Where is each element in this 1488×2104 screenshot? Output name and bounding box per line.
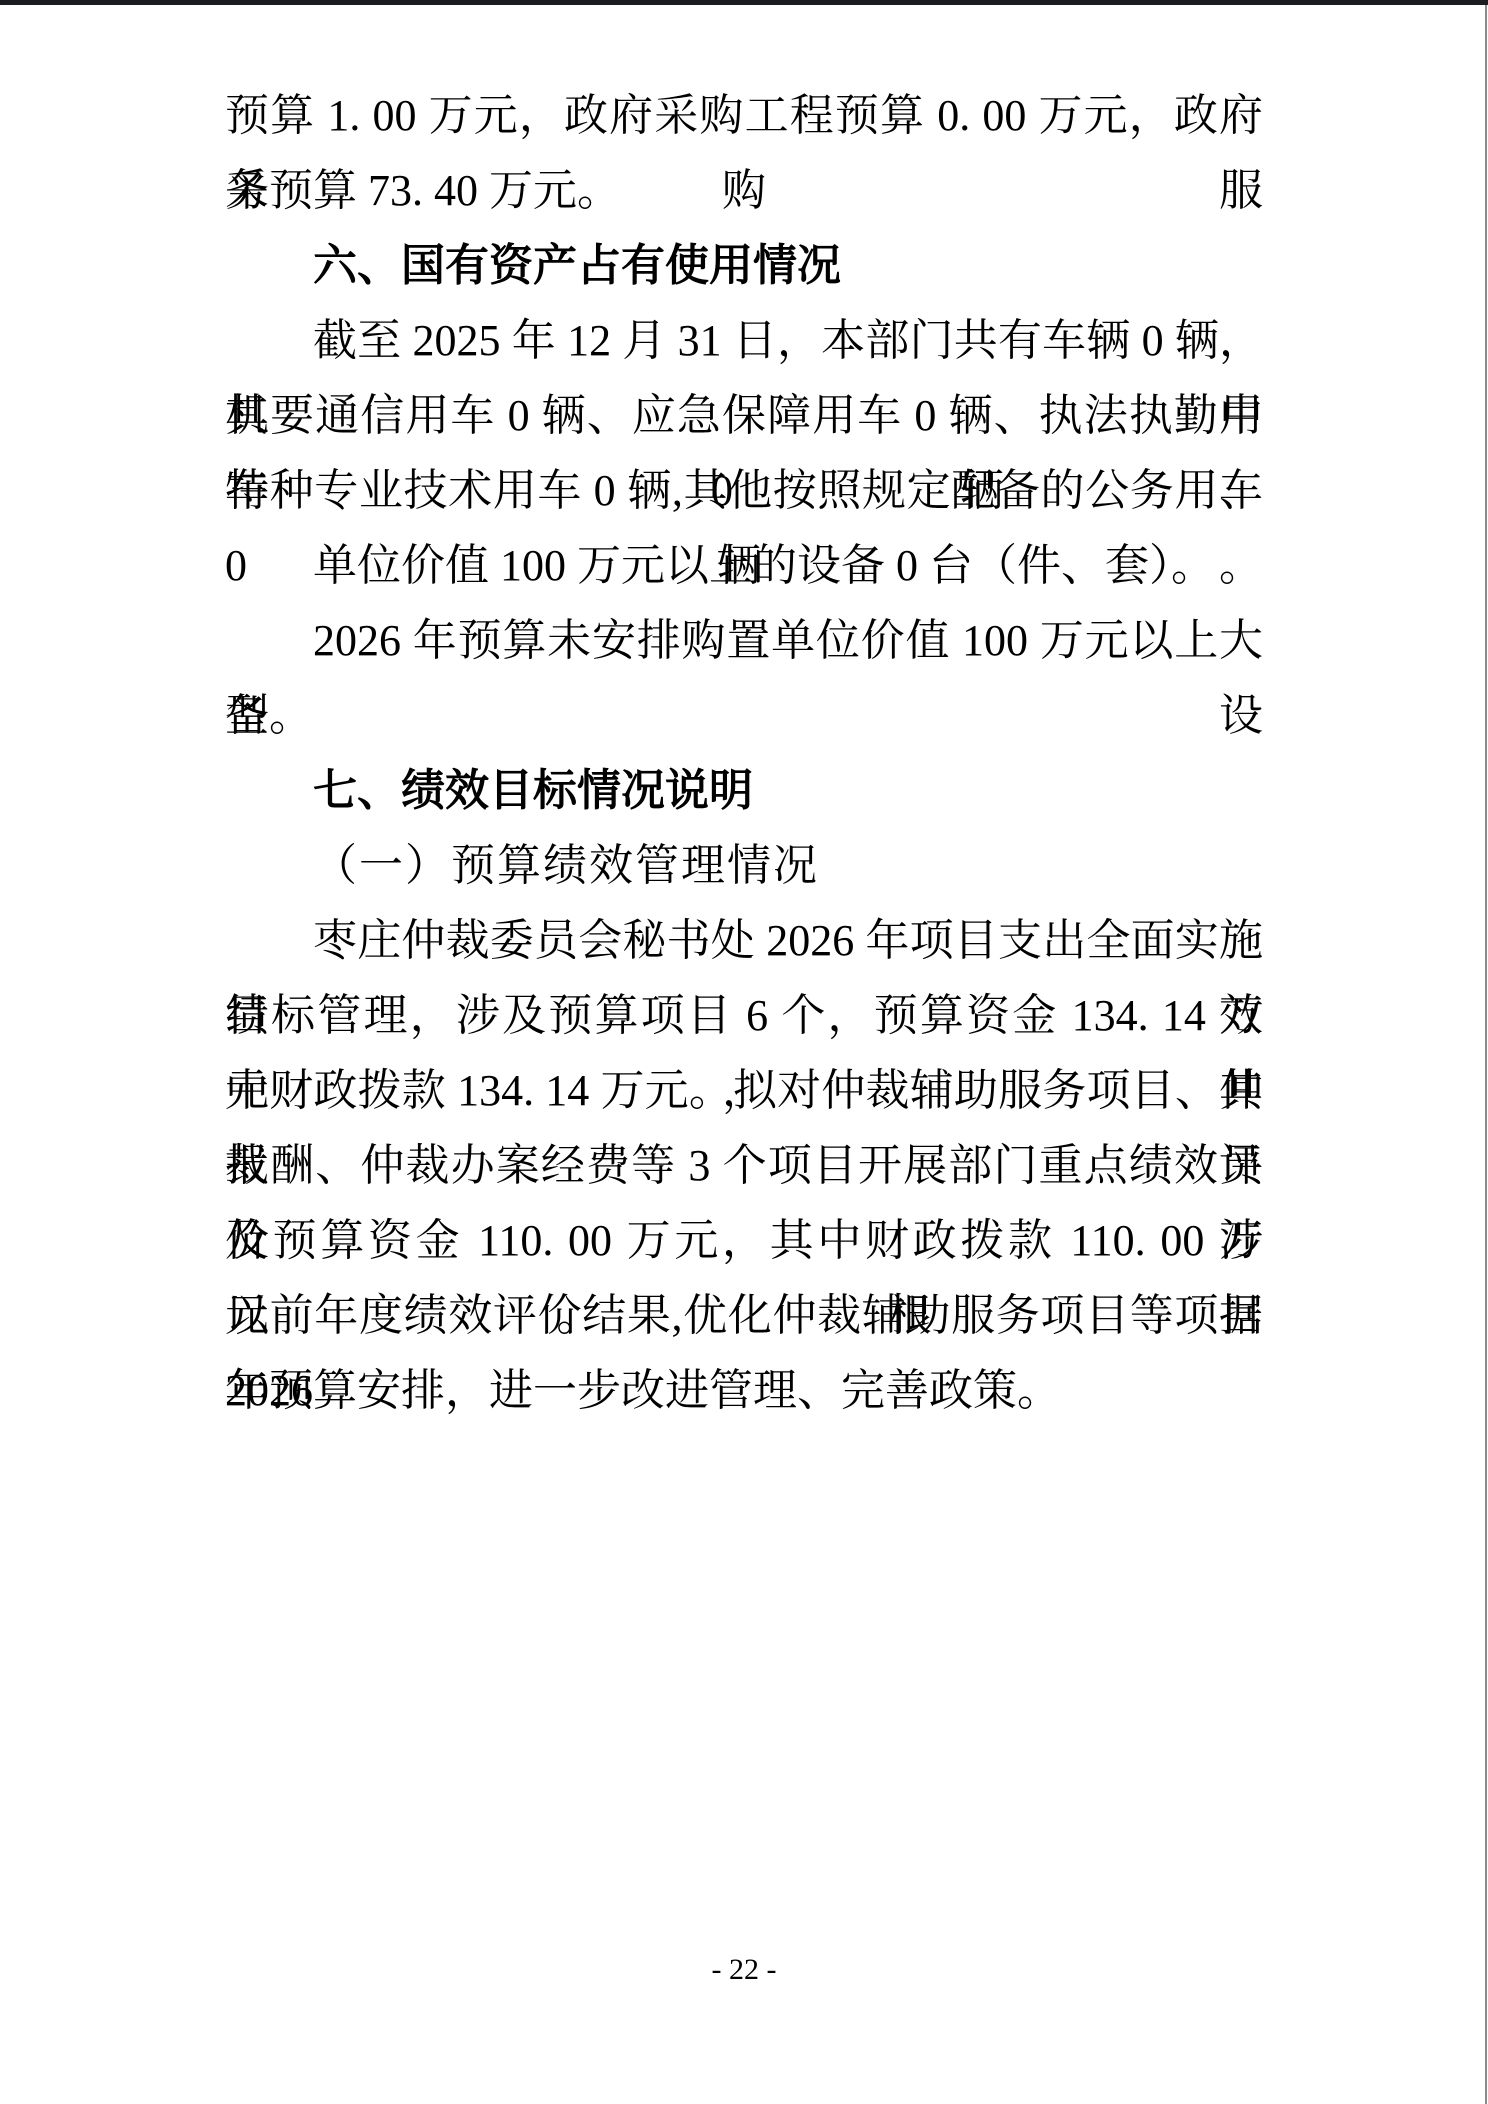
top-bar — [0, 0, 1488, 5]
right-edge-line — [1485, 5, 1487, 2104]
text-line-5: 机要通信用车 0 辆、应急保障用车 0 辆、执法执勤用车 0 辆、 — [225, 378, 1263, 453]
text-line-1: 预算 1. 00 万元，政府采购工程预算 0. 00 万元，政府采购服 — [225, 78, 1263, 153]
text-line-14: 中财政拨款 134. 14 万元。拟对仲裁辅助服务项目、仲裁员 — [225, 1053, 1263, 1128]
text-line-11: （一）预算绩效管理情况 — [225, 828, 1263, 903]
text-line-7: 单位价值 100 万元以上的设备 0 台（件、套）。 — [225, 528, 1263, 603]
text-line-3: 六、国有资产占有使用情况 — [225, 228, 1263, 303]
text-line-16: 及预算资金 110. 00 万元，其中财政拨款 110. 00 万元。根据 — [225, 1203, 1263, 1278]
text-line-15: 报酬、仲裁办案经费等 3 个项目开展部门重点绩效评价，涉 — [225, 1128, 1263, 1203]
page-number: - 22 - — [0, 1952, 1488, 1988]
text-line-8: 2026 年预算未安排购置单位价值 100 万元以上大型设 — [225, 603, 1263, 678]
text-line-12: 枣庄仲裁委员会秘书处 2026 年项目支出全面实施绩效 — [225, 903, 1263, 978]
document-page: 预算 1. 00 万元，政府采购工程预算 0. 00 万元，政府采购服务预算 7… — [0, 0, 1488, 2104]
text-line-17: 以前年度绩效评价结果,优化仲裁辅助服务项目等项目 2026 — [225, 1278, 1263, 1353]
text-line-10: 七、绩效目标情况说明 — [225, 753, 1263, 828]
text-line-13: 目标管理，涉及预算项目 6 个，预算资金 134. 14 万元，其 — [225, 978, 1263, 1053]
text-line-4: 截至 2025 年 12 月 31 日，本部门共有车辆 0 辆，其中 — [225, 303, 1263, 378]
document-body: 预算 1. 00 万元，政府采购工程预算 0. 00 万元，政府采购服务预算 7… — [225, 78, 1263, 1428]
text-line-6: 特种专业技术用车 0 辆,其他按照规定配备的公务用车 0 辆。 — [225, 453, 1263, 528]
text-line-18: 年预算安排，进一步改进管理、完善政策。 — [225, 1353, 1263, 1428]
